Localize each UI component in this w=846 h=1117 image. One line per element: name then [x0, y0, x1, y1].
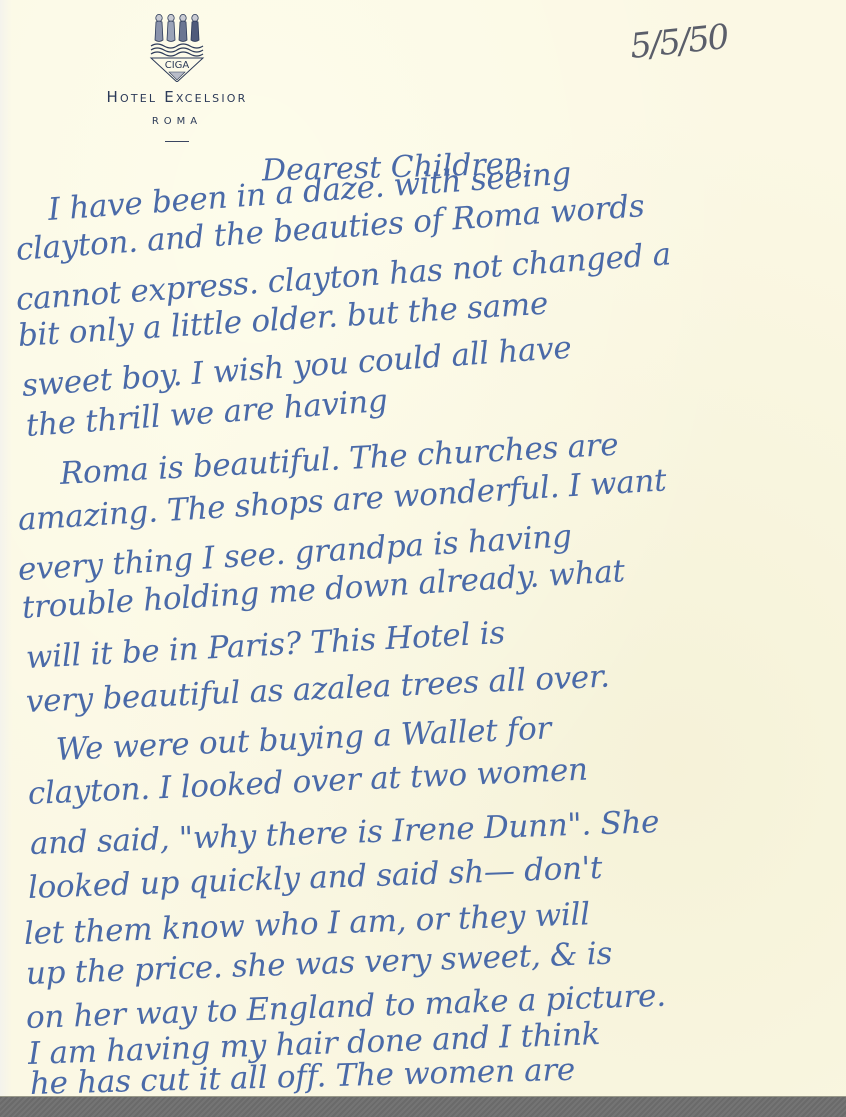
letter-page: CIGA Hotel Excelsior ROMA 5/5/50 Dearest…: [0, 0, 846, 1096]
ciga-crest-icon: CIGA: [147, 10, 207, 82]
letterhead: CIGA Hotel Excelsior ROMA: [62, 10, 292, 142]
scan-backdrop: [0, 1096, 846, 1116]
hotel-city: ROMA: [62, 116, 292, 127]
hotel-name: Hotel Excelsior: [62, 88, 292, 106]
paper-edge: [0, 0, 12, 1096]
letter-date: 5/5/50: [628, 17, 729, 67]
svg-text:CIGA: CIGA: [165, 60, 190, 71]
letterhead-rule: [165, 141, 189, 142]
